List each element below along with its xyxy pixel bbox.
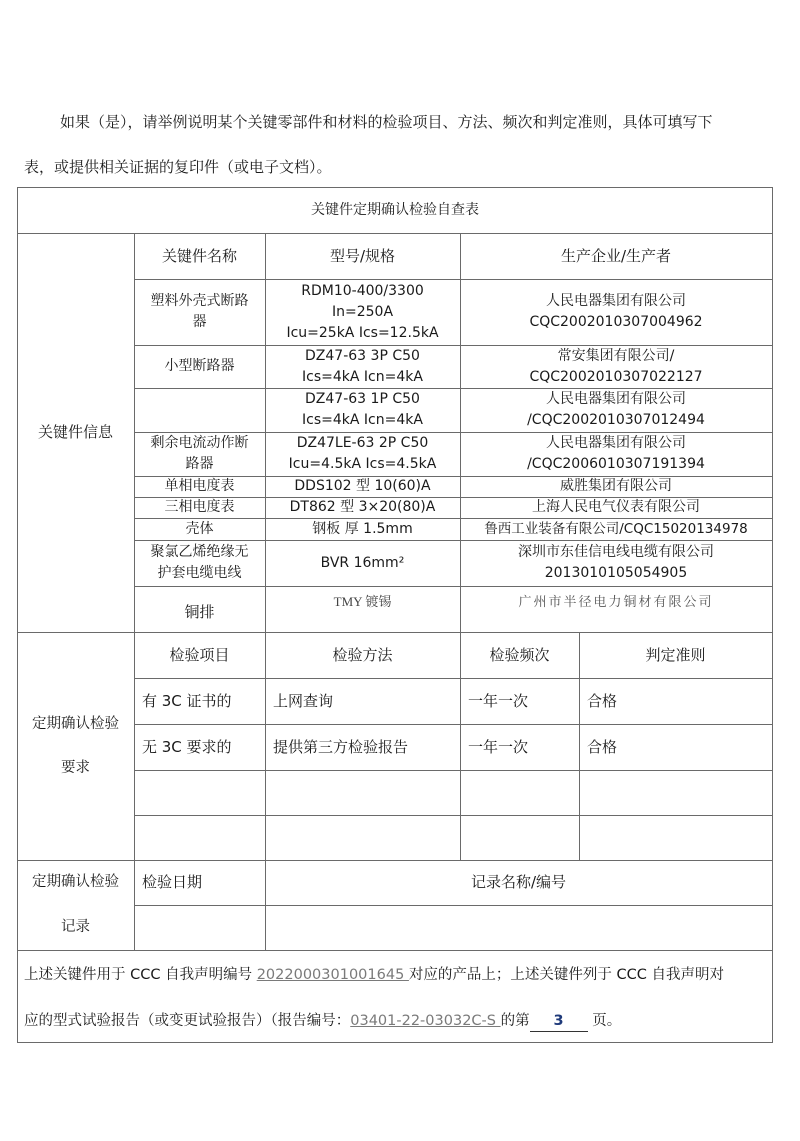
page-number: 3: [530, 1011, 588, 1032]
req-frequency: 一年一次: [460, 678, 579, 724]
req-item: 有 3C 证书的: [134, 678, 265, 724]
footer-text: 应的型式试验报告（或变更试验报告）（报告编号：: [24, 1013, 350, 1029]
part-maker: 常安集团有限公司/ CQC2002010307022127: [460, 345, 772, 388]
record-date: [134, 905, 265, 950]
requirements-label-line1: 定期确认检验: [32, 702, 119, 746]
req-criterion: 合格: [579, 724, 772, 770]
part-name: 小型断路器: [134, 345, 265, 388]
part-model: 钢板 厚 1.5mm: [265, 518, 460, 540]
requirements-section-label: 定期确认检验 要求: [17, 632, 134, 860]
intro-line-2: 表，或提供相关证据的复印件（或电子文档）。: [24, 157, 784, 177]
part-model: DZ47-63 1P C50 Ics=4kA Icn=4kA: [265, 388, 460, 432]
part-model: TMY 镀锡: [265, 586, 460, 616]
part-maker: 威胜集团有限公司: [460, 476, 772, 497]
header-manufacturer: 生产企业/生产者: [460, 233, 772, 279]
footer-line-2: 应的型式试验报告（或变更试验报告）（报告编号：03401-22-03032C-S…: [24, 1011, 621, 1032]
part-maker: 人民电器集团有限公司 /CQC2006010307191394: [460, 432, 772, 476]
footer-text: 对应的产品上；上述关键件列于 CCC 自我声明对: [409, 967, 724, 983]
part-maker: 上海人民电气仪表有限公司: [460, 497, 772, 518]
footer-text: 页。: [588, 1013, 622, 1029]
header-inspection-method: 检验方法: [265, 632, 460, 678]
part-maker: 人民电器集团有限公司 CQC2002010307004962: [460, 279, 772, 345]
header-inspection-frequency: 检验频次: [460, 632, 579, 678]
part-name: 聚氯乙烯绝缘无 护套电缆电线: [134, 540, 265, 586]
req-item: [134, 770, 265, 815]
header-part-name: 关键件名称: [134, 233, 265, 279]
part-maker: 鲁西工业装备有限公司/CQC15020134978: [460, 518, 772, 540]
part-maker: 人民电器集团有限公司 /CQC2002010307012494: [460, 388, 772, 432]
table-title: 关键件定期确认检验自查表: [17, 187, 773, 233]
footer-text: 的第: [501, 1013, 530, 1029]
req-criterion: [579, 815, 772, 860]
records-label-line2: 记录: [17, 905, 134, 950]
req-method: 提供第三方检验报告: [265, 724, 460, 770]
part-maker: 深圳市东佳信电线电缆有限公司 2013010105054905: [460, 540, 772, 586]
intro-line-1: 如果（是），请举例说明某个关键零部件和材料的检验项目、方法、频次和判定准则，具体…: [60, 112, 800, 132]
header-record-name: 记录名称/编号: [265, 860, 772, 905]
req-criterion: 合格: [579, 678, 772, 724]
req-criterion: [579, 770, 772, 815]
footer-line-1: 上述关键件用于 CCC 自我声明编号 2022000301001645 对应的产…: [24, 965, 724, 985]
part-name: 单相电度表: [134, 476, 265, 497]
part-model: BVR 16mm²: [265, 540, 460, 586]
part-name: [134, 388, 265, 432]
part-name: 剩余电流动作断 路器: [134, 432, 265, 476]
requirements-label-line2: 要求: [61, 746, 90, 790]
records-label-line1: 定期确认检验: [17, 860, 134, 905]
req-frequency: [460, 815, 579, 860]
part-model: DDS102 型 10(60)A: [265, 476, 460, 497]
footer-text: 上述关键件用于 CCC 自我声明编号: [24, 967, 257, 983]
req-item: 无 3C 要求的: [134, 724, 265, 770]
req-frequency: 一年一次: [460, 724, 579, 770]
part-model: DZ47LE-63 2P C50 Icu=4.5kA Ics=4.5kA: [265, 432, 460, 476]
header-inspection-item: 检验项目: [134, 632, 265, 678]
header-inspection-date: 检验日期: [134, 860, 265, 905]
key-parts-section-label: 关键件信息: [17, 233, 134, 632]
part-name: 三相电度表: [134, 497, 265, 518]
header-model-spec: 型号/规格: [265, 233, 460, 279]
part-model: DT862 型 3×20(80)A: [265, 497, 460, 518]
part-model: DZ47-63 3P C50 Ics=4kA Icn=4kA: [265, 345, 460, 388]
req-method: [265, 770, 460, 815]
req-item: [134, 815, 265, 860]
part-name: 铜排: [134, 586, 265, 632]
record-name: [265, 905, 772, 950]
part-name: 塑料外壳式断路 器: [134, 279, 265, 345]
part-model: RDM10-400/3300 In=250A Icu=25kA Ics=12.5…: [265, 279, 460, 345]
declaration-number: 2022000301001645: [257, 967, 409, 983]
header-criterion: 判定准则: [579, 632, 772, 678]
part-name: 壳体: [134, 518, 265, 540]
report-number: 03401-22-03032C-S: [350, 1013, 500, 1029]
req-frequency: [460, 770, 579, 815]
part-maker: 广州市半径电力铜材有限公司: [460, 586, 772, 616]
req-method: [265, 815, 460, 860]
req-method: 上网查询: [265, 678, 460, 724]
